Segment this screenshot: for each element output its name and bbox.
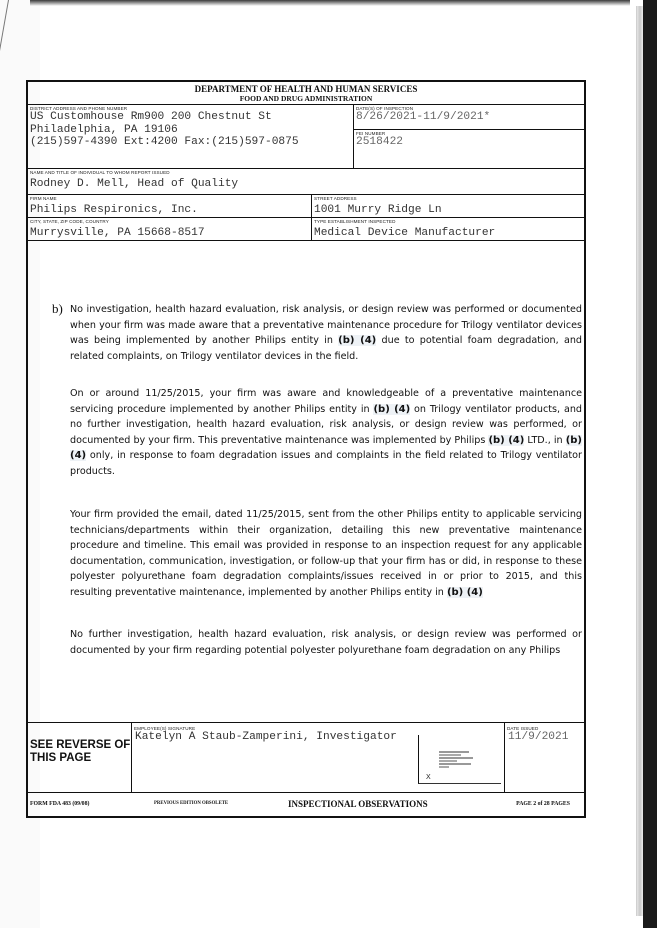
firm-row: Firm Name Philips Respironics, Inc. Stre… <box>28 194 584 217</box>
agency-title: FOOD AND DRUG ADMINISTRATION <box>28 94 584 103</box>
form-header: DEPARTMENT OF HEALTH AND HUMAN SERVICES … <box>28 82 584 103</box>
previous-edition-note: PREVIOUS EDITION OBSOLETE <box>154 801 228 806</box>
redaction-b4: (b) (4) <box>447 587 483 598</box>
body-divider <box>28 240 584 241</box>
firm-name: Philips Respironics, Inc. <box>28 201 311 217</box>
scan-top-shadow <box>30 0 630 6</box>
address-row: District Address and Phone Number US Cus… <box>28 104 584 168</box>
observation-paragraph-3: Your firm provided the email, dated 11/2… <box>70 507 582 601</box>
date-issued-cell: Date Issued 11/9/2021 <box>504 723 584 793</box>
employee-signature-label: Employee(s) Signature <box>132 723 418 731</box>
redaction-b4: (b) (4) <box>488 435 524 446</box>
page-number: PAGE 2 of 28 PAGES <box>516 801 570 807</box>
district-address-line-2: Philadelphia, PA 19106 <box>28 124 353 137</box>
form-footer: FORM FDA 483 (09/08) PREVIOUS EDITION OB… <box>28 792 584 816</box>
street-cell: Street Address 1001 Murry Ridge Ln <box>312 195 584 217</box>
city-state-zip: Murrysville, PA 15668-8517 <box>28 224 311 240</box>
redaction-b4: (b) (4) <box>338 335 376 346</box>
observation-paragraph-4: No further investigation, health hazard … <box>70 627 582 658</box>
item-marker: b) <box>52 301 63 317</box>
date-issued: 11/9/2021 <box>505 731 584 744</box>
establishment-cell: Type Establishment Inspected Medical Dev… <box>312 218 584 240</box>
street-address: 1001 Murry Ridge Ln <box>312 201 584 217</box>
city-cell: City, State, Zip Code, Country Murrysvil… <box>28 218 312 240</box>
date-issued-label: Date Issued <box>505 723 584 731</box>
observation-paragraph-1: b)No investigation, health hazard evalua… <box>70 302 582 364</box>
individual-row: Name and Title of Individual to Whom Rep… <box>28 168 584 194</box>
scan-right-background <box>643 0 657 928</box>
establishment-type: Medical Device Manufacturer <box>312 224 584 240</box>
signature-x-mark: X <box>426 774 431 781</box>
district-phone: (215)597-4390 Ext:4200 Fax:(215)597-0875 <box>28 136 353 149</box>
signature-row: SEE REVERSE OF THIS PAGE Employee(s) Sig… <box>28 722 584 793</box>
firm-name-cell: Firm Name Philips Respironics, Inc. <box>28 195 312 217</box>
individual-name: Rodney D. Mell, Head of Quality <box>28 175 584 191</box>
inspection-dates: 8/26/2021-11/9/2021* <box>354 111 584 124</box>
employee-name: Katelyn A Staub-Zamperini, Investigator <box>132 731 418 744</box>
scan-stacked-pages <box>636 6 643 916</box>
district-address-line-1: US Customhouse Rm900 200 Chestnut St <box>28 111 353 124</box>
see-reverse-note: SEE REVERSE OF THIS PAGE <box>28 723 132 793</box>
digital-signature-stamp <box>439 751 479 773</box>
employee-signature-cell: Employee(s) Signature Katelyn A Staub-Za… <box>132 723 418 793</box>
form-title: INSPECTIONAL OBSERVATIONS <box>288 799 428 809</box>
observation-paragraph-2: On or around 11/25/2015, your firm was a… <box>70 386 582 480</box>
department-title: DEPARTMENT OF HEALTH AND HUMAN SERVICES <box>28 82 584 94</box>
redaction-b4: (b) (4) <box>373 404 410 415</box>
city-row: City, State, Zip Code, Country Murrysvil… <box>28 217 584 240</box>
digital-signature-box: X <box>418 735 501 784</box>
fei-number: 2518422 <box>354 136 584 149</box>
inspection-info-cell: Date(s) of Inspection 8/26/2021-11/9/202… <box>354 105 584 168</box>
district-address-cell: District Address and Phone Number US Cus… <box>28 105 354 168</box>
form-number: FORM FDA 483 (09/08) <box>30 801 89 807</box>
